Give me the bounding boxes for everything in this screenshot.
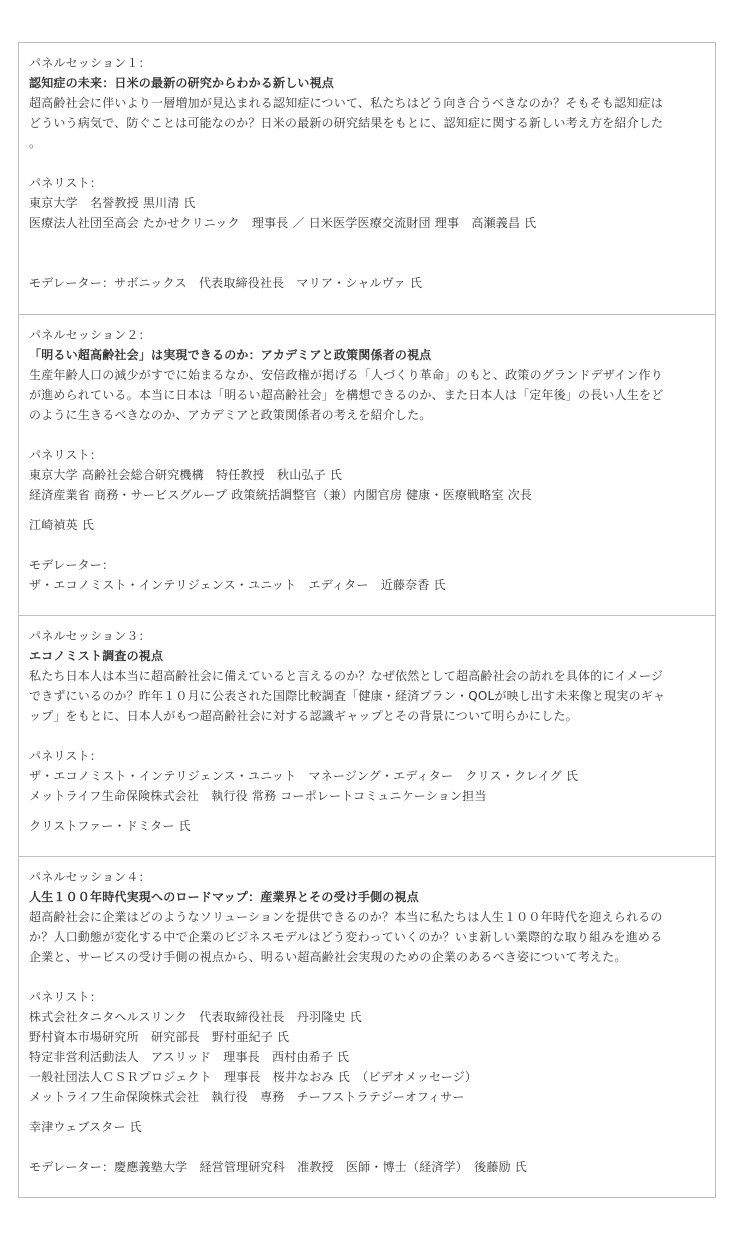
panelists-label: パネリスト： [29, 173, 705, 193]
panelist: 医療法人社団至高会 たかせクリニック 理事長 ／ 日米医学医療交流財団 理事 高… [29, 213, 705, 233]
moderator: モデレーター：サボニックス 代表取締役社長 マリア・シャルヴァ 氏 [29, 273, 705, 293]
session-description-line: か？人口動態が変化する中で企業のビジネスモデルはどう変わっていくのか？いま新しい… [29, 927, 705, 947]
panelist: 一般社団法人ＣＳＲプロジェクト 理事長 桜井なおみ 氏 （ビデオメッセージ） [29, 1067, 705, 1087]
session-description-line: が進められている。本当に日本は「明るい超高齢社会」を構想できるのか、また日本人は… [29, 385, 705, 405]
panelist: 東京大学 名誉教授 黒川清 氏 [29, 193, 705, 213]
session-description-line: 私たち日本人は本当に超高齢社会に備えていると言えるのか？なぜ依然として超高齢社会… [29, 666, 705, 686]
panel-session-2: パネルセッション２： 「明るい超高齢社会」は実現できるのか：アカデミアと政策関係… [19, 314, 715, 615]
session-description-line: 企業と、サービスの受け手側の視点から、明るい超高齢社会実現のための企業のあるべき… [29, 947, 705, 967]
session-description-line: できずにいるのか？昨年１０月に公表された国際比較調査「健康・経済プラン・QOLが… [29, 686, 705, 706]
session-description-line: 超高齢社会に企業はどのようなソリューションを提供できるのか？本当に私たちは人生１… [29, 907, 705, 927]
panelist-name-continued: 幸津ウェブスター 氏 [29, 1117, 705, 1137]
session-description-line: のように生きるべきなのか、アカデミアと政策関係者の考えを紹介した。 [29, 405, 705, 425]
session-label: パネルセッション２： [29, 325, 705, 345]
panelist: 東京大学 高齢社会総合研究機構 特任教授 秋山弘子 氏 [29, 465, 705, 485]
session-description-line: 生産年齢人口の減少がすでに始まるなか、安倍政権が掲げる「人づくり革命」のもと、政… [29, 365, 705, 385]
panel-session-1: パネルセッション１： 認知症の未来：日米の最新の研究からわかる新しい視点 超高齢… [19, 43, 715, 314]
panel-session-3: パネルセッション３： エコノミスト調査の視点 私たち日本人は本当に超高齢社会に備… [19, 615, 715, 856]
panel-session-4: パネルセッション４： 人生１００年時代実現へのロードマップ：産業界とその受け手側… [19, 856, 715, 1197]
panelist: メットライフ生命保険株式会社 執行役 常務 コーポレートコミュニケーション担当 [29, 786, 705, 806]
panelists-label: パネリスト： [29, 445, 705, 465]
session-description-line: 。 [29, 133, 705, 153]
moderator: モデレーター：慶應義塾大学 経営管理研究科 准教授 医師・博士（経済学） 後藤励… [29, 1157, 705, 1177]
session-description-line: ップ」をもとに、日本人がもつ超高齢社会に対する認識ギャップとその背景について明ら… [29, 706, 705, 726]
panelist: 特定非営利活動法人 アスリッド 理事長 西村由希子 氏 [29, 1047, 705, 1067]
session-label: パネルセッション４： [29, 867, 705, 887]
session-title: 「明るい超高齢社会」は実現できるのか：アカデミアと政策関係者の視点 [29, 345, 705, 365]
panel-sessions-table: パネルセッション１： 認知症の未来：日米の最新の研究からわかる新しい視点 超高齢… [18, 42, 716, 1198]
panelist: ザ・エコノミスト・インテリジェンス・ユニット マネージング・エディター クリス・… [29, 766, 705, 786]
moderator: ザ・エコノミスト・インテリジェンス・ユニット エディター 近藤奈香 氏 [29, 575, 705, 595]
panelists-label: パネリスト： [29, 746, 705, 766]
panelists-label: パネリスト： [29, 987, 705, 1007]
session-title: 人生１００年時代実現へのロードマップ：産業界とその受け手側の視点 [29, 887, 705, 907]
session-title: 認知症の未来：日米の最新の研究からわかる新しい視点 [29, 73, 705, 93]
session-title: エコノミスト調査の視点 [29, 646, 705, 666]
panelist: 野村資本市場研究所 研究部長 野村亜紀子 氏 [29, 1027, 705, 1047]
panelist: 株式会社タニタヘルスリンク 代表取締役社長 丹羽隆史 氏 [29, 1007, 705, 1027]
panelist: メットライフ生命保険株式会社 執行役 専務 チーフストラテジーオフィサー [29, 1087, 705, 1107]
panelist-name-continued: 江崎禎英 氏 [29, 515, 705, 535]
panelist: 経済産業省 商務・サービスグループ 政策統括調整官（兼）内閣官房 健康・医療戦略… [29, 485, 705, 505]
panelist-name-continued: クリストファー・ドミター 氏 [29, 816, 705, 836]
session-description-line: どういう病気で、防ぐことは可能なのか？日米の最新の研究結果をもとに、認知症に関す… [29, 113, 705, 133]
moderator-label: モデレーター： [29, 555, 705, 575]
session-label: パネルセッション１： [29, 53, 705, 73]
session-description-line: 超高齢社会に伴いより一層増加が見込まれる認知症について、私たちはどう向き合うべき… [29, 93, 705, 113]
session-label: パネルセッション３： [29, 626, 705, 646]
